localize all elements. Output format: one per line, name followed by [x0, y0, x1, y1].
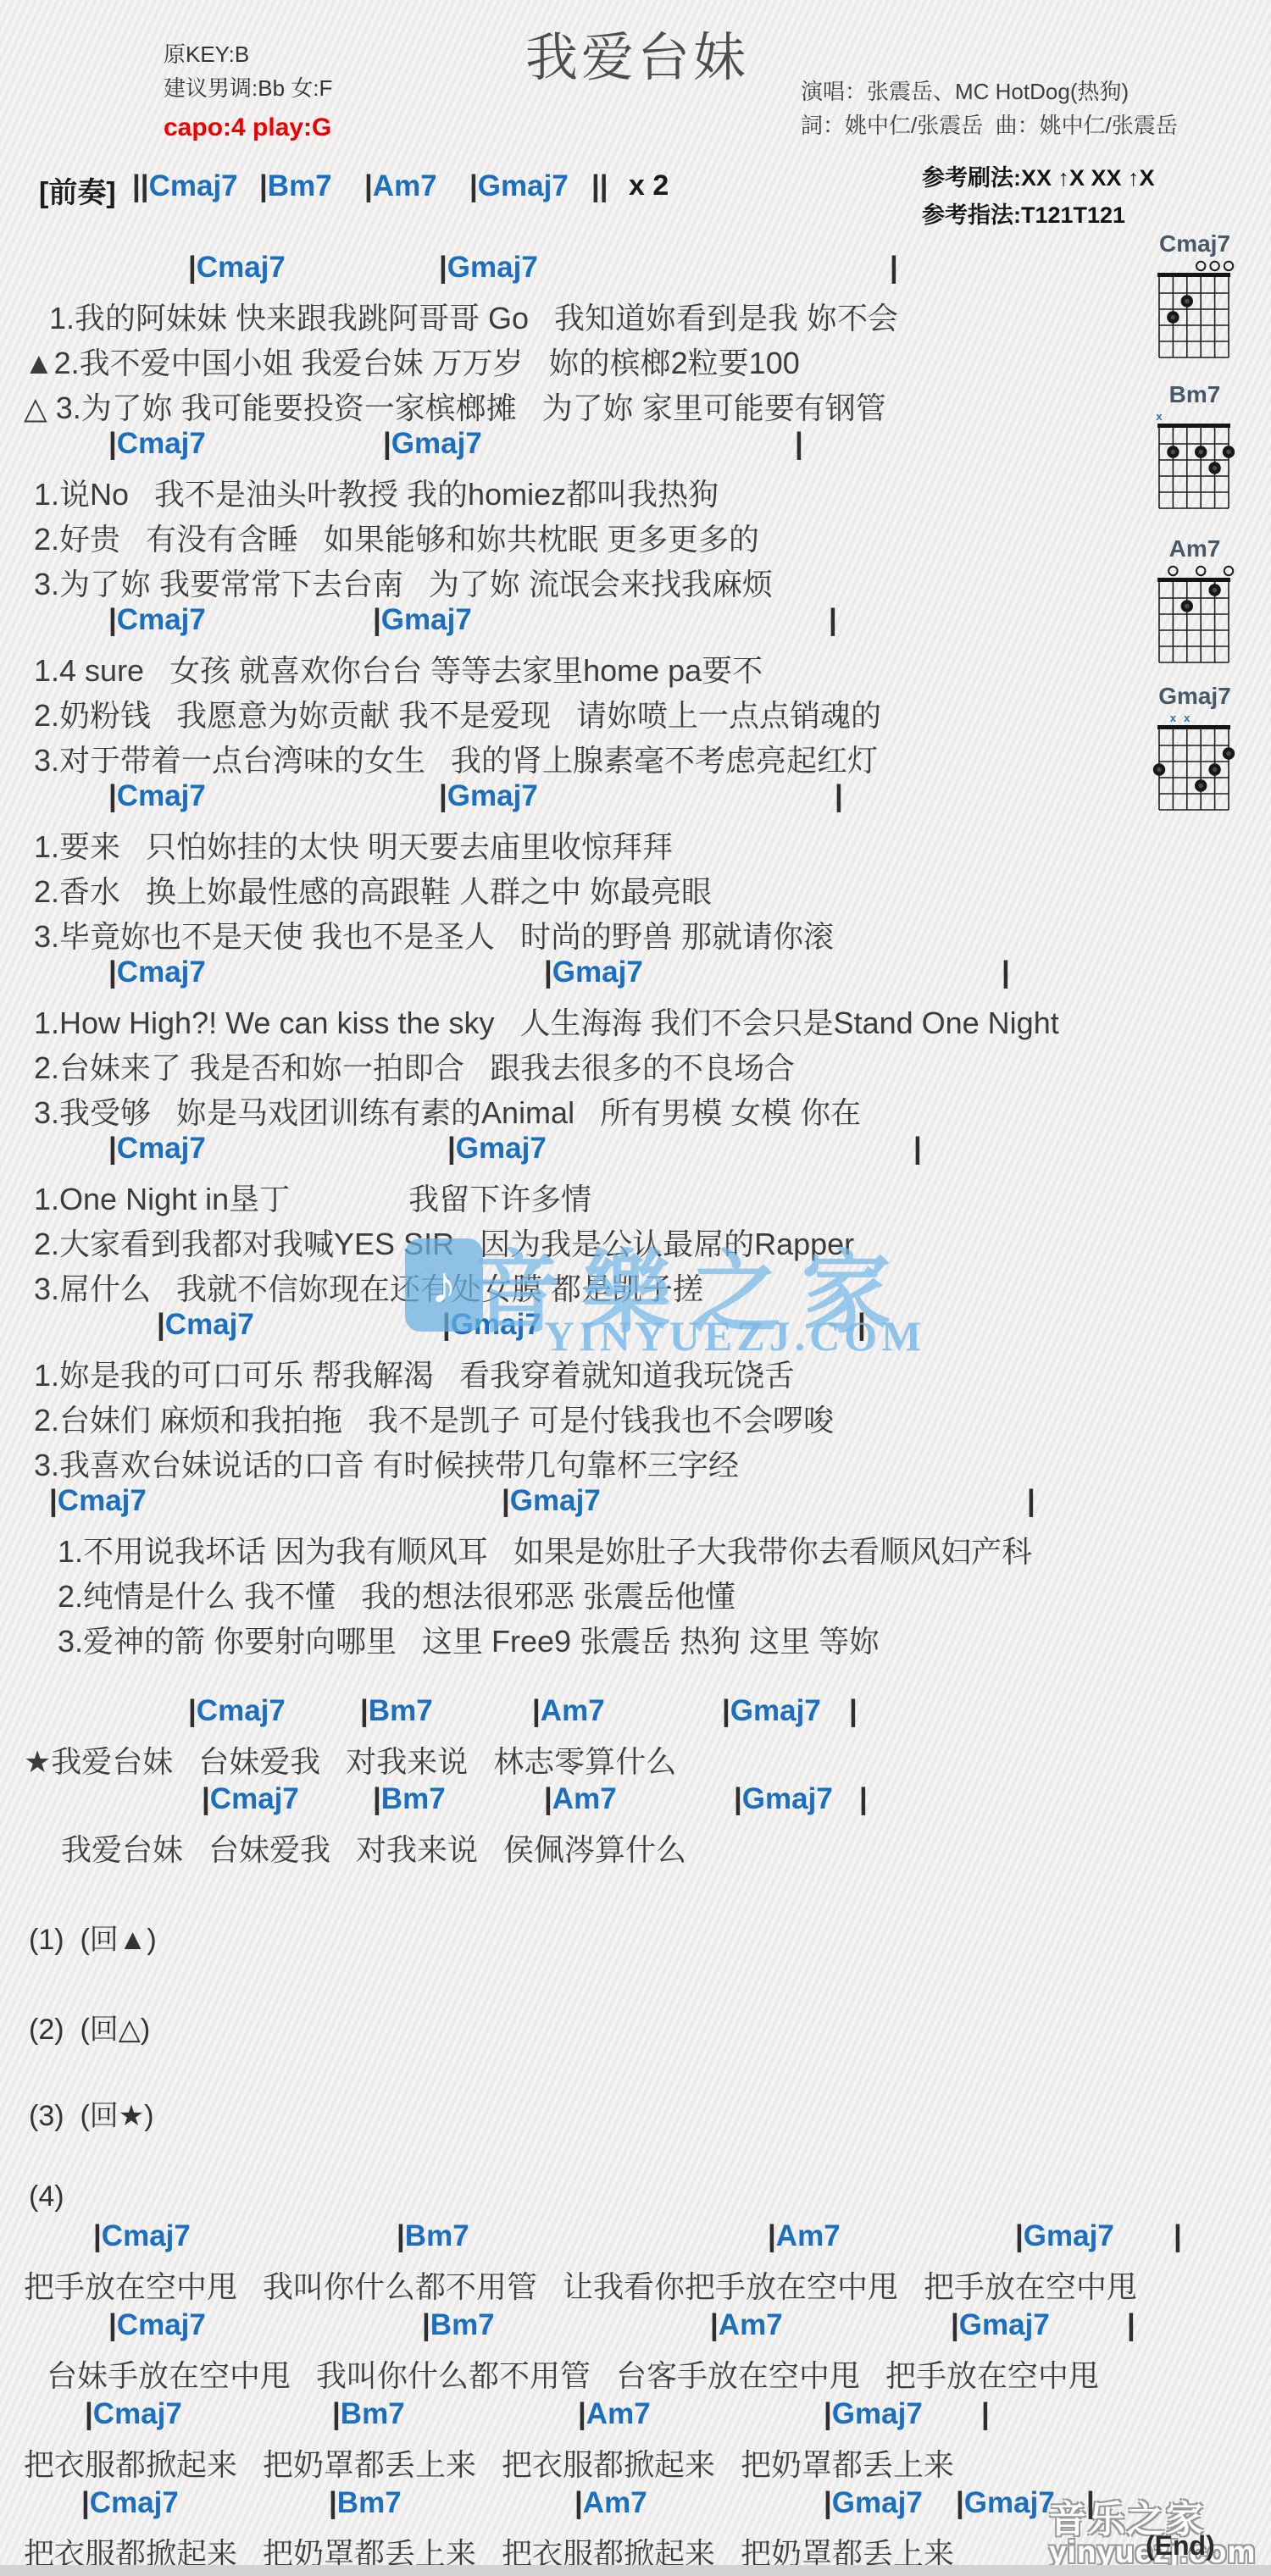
bar-glyph: |: [913, 1132, 922, 1165]
chord-item: |Cmaj7: [108, 2308, 206, 2342]
lyric-line: 2.台妹们 麻烦和我拍拖 我不是凯子 可是付钱我也不会啰唆: [0, 1397, 1271, 1436]
bar-glyph: |: [956, 2486, 964, 2519]
chord-item: |Gmaj7: [956, 2486, 1055, 2520]
chord-item: |Gmaj7: [442, 1308, 541, 1342]
chord-item: |Gmaj7: [447, 1132, 547, 1166]
chord-label: Cmaj7: [149, 169, 238, 202]
lyric-text: △ 3.为了妳 我可能要投资一家槟榔摊 为了妳 家里可能要有钢管: [24, 385, 886, 428]
chord-label: Am7: [586, 2397, 651, 2430]
chord-line: [前奏] ||Cmaj7|Bm7|Am7|Gmaj7||x 2: [0, 169, 1271, 208]
page-bottom-strip: [0, 2565, 1271, 2576]
lyric-line: 1.要来 只怕妳挂的太快 明天要去庙里收惊拜拜: [0, 823, 1271, 862]
chord-item: |Cmaj7: [157, 1308, 254, 1342]
lyric-line: (3) (回★): [0, 2092, 1271, 2131]
lyric-line: 1.不用说我坏话 因为我有顺风耳 如果是妳肚子大我带你去看顺风妇产科: [0, 1528, 1271, 1567]
chord-item: |Am7: [574, 2486, 647, 2520]
lyric-text: 2.大家看到我都对我喊YES SIR 因为我是公认最屌的Rapper: [34, 1221, 854, 1264]
chord-item: |Am7: [768, 2219, 841, 2253]
chord-item: |Am7: [544, 1782, 617, 1816]
lyric-line: 2.台妹来了 我是否和妳一拍即合 跟我去很多的不良场合: [0, 1044, 1271, 1083]
chord-diagram-cmaj7: Cmaj7: [1151, 230, 1244, 368]
chord-item: ||Cmaj7: [132, 169, 238, 203]
bar-glyph: |: [108, 779, 117, 812]
lyric-line: ★我爱台妹 台妹爱我 对我来说 林志零算什么: [0, 1738, 1271, 1777]
chord-label: Gmaj7: [959, 2308, 1050, 2341]
chord-label: Gmaj7: [447, 251, 538, 284]
fretboard-grid-icon: [1151, 259, 1239, 364]
bar-glyph: |: [824, 2486, 832, 2519]
bar-glyph: |: [734, 1782, 742, 1815]
bar-glyph: |: [710, 2308, 719, 2341]
bar-glyph: |: [447, 1132, 456, 1165]
chord-item: |: [835, 779, 843, 813]
chord-label: Gmaj7: [832, 2397, 923, 2430]
bar-glyph: |: [188, 1694, 197, 1727]
song-title: 我爱台妹: [525, 15, 749, 91]
bar-glyph: |: [981, 2397, 990, 2430]
lyric-line: (2) (回△): [0, 2006, 1271, 2045]
chord-label: Cmaj7: [117, 427, 206, 460]
chord-label: Cmaj7: [90, 2486, 179, 2519]
chord-line: |Cmaj7|Gmaj7|: [0, 1484, 1271, 1523]
section-marker: (1) (回▲): [29, 1916, 157, 1958]
chord-item: |: [981, 2397, 990, 2431]
bar-glyph: |: [373, 1782, 381, 1815]
lyric-text: 3.为了妳 我要常常下去台南 为了妳 流氓会来找我麻烦: [34, 561, 773, 604]
chord-label: Cmaj7: [93, 2397, 182, 2430]
bar-glyph: |: [829, 603, 837, 636]
lyric-line: 1.说No 我不是油头叶教授 我的homiez都叫我热狗: [0, 471, 1271, 510]
chord-item: |Cmaj7: [108, 779, 206, 813]
lyric-line: 把衣服都掀起来 把奶罩都丢上来 把衣服都掀起来 把奶罩都丢上来(End): [0, 2530, 1271, 2569]
chord-item: |: [849, 1694, 858, 1728]
bar-glyph: ||: [591, 169, 608, 202]
bar-glyph: |: [108, 956, 117, 989]
chord-label: Am7: [776, 2219, 841, 2252]
chord-label: Bm7: [369, 1694, 433, 1727]
chord-label: Bm7: [430, 2308, 495, 2341]
chord-label: Gmaj7: [730, 1694, 821, 1727]
chord-line: |Cmaj7|Bm7|Am7|Gmaj7|: [0, 1694, 1271, 1733]
bar-glyph: |: [360, 1694, 369, 1727]
chord-line: |Cmaj7|Bm7|Am7|Gmaj7|Gmaj7|: [0, 2486, 1271, 2525]
lyric-text: 2.奶粉钱 我愿意为妳贡献 我不是爱现 请妳喷上一点点销魂的: [34, 692, 881, 735]
lyric-text: 1.不用说我坏话 因为我有顺风耳 如果是妳肚子大我带你去看顺风妇产科: [58, 1528, 1032, 1571]
chord-item: |Gmaj7: [824, 2486, 923, 2520]
chord-line: |Cmaj7|Gmaj7|: [0, 427, 1271, 466]
bar-glyph: |: [858, 1308, 866, 1341]
chord-label: Gmaj7: [391, 427, 482, 460]
fretboard-grid-icon: x: [1151, 410, 1239, 515]
bar-glyph: |: [469, 169, 478, 202]
chord-label: Gmaj7: [552, 956, 643, 989]
chord-line: |Cmaj7|Gmaj7|: [0, 603, 1271, 642]
chord-label: Cmaj7: [117, 603, 206, 636]
chord-label: Cmaj7: [117, 956, 206, 989]
chord-label: Gmaj7: [447, 779, 538, 812]
bar-glyph: |: [329, 2486, 337, 2519]
lyric-line: 2.大家看到我都对我喊YES SIR 因为我是公认最屌的Rapper: [0, 1221, 1271, 1260]
bar-glyph: |: [108, 2308, 117, 2341]
chord-line: |Cmaj7|Gmaj7|: [0, 779, 1271, 818]
chord-item: |Gmaj7: [439, 779, 538, 813]
lyric-line: 台妹手放在空中甩 我叫你什么都不用管 台客手放在空中甩 把手放在空中甩: [0, 2352, 1271, 2391]
chord-label: Am7: [373, 169, 437, 202]
chord-diagram-title: Am7: [1151, 535, 1239, 562]
chord-label: Gmaj7: [832, 2486, 923, 2519]
chord-label: Cmaj7: [197, 251, 286, 284]
bar-glyph: |: [835, 779, 843, 812]
lyric-line: △ 3.为了妳 我可能要投资一家槟榔摊 为了妳 家里可能要有钢管: [0, 385, 1271, 424]
lyric-text: 台妹手放在空中甩 我叫你什么都不用管 台客手放在空中甩 把手放在空中甩: [47, 2352, 1099, 2396]
chord-label: Bm7: [337, 2486, 402, 2519]
chord-label: Gmaj7: [478, 169, 569, 202]
chord-item: |Cmaj7: [188, 251, 286, 285]
chord-item: |Cmaj7: [202, 1782, 299, 1816]
lyric-text: 1.妳是我的可口可乐 帮我解渴 看我穿着就知道我玩饶舌: [34, 1352, 795, 1395]
chord-label: Gmaj7: [451, 1308, 541, 1341]
chord-item: |Bm7: [360, 1694, 433, 1728]
chord-line: |Cmaj7|Bm7|Am7|Gmaj7|: [0, 2219, 1271, 2258]
lyric-line: 3.毕竟妳也不是天使 我也不是圣人 时尚的野兽 那就请你滚: [0, 913, 1271, 952]
bar-glyph: |: [1002, 956, 1010, 989]
lyric-line: 3.我喜欢台妹说话的口音 有时候挟带几句靠杯三字经: [0, 1442, 1271, 1481]
chord-item: |: [795, 427, 803, 461]
chord-label: Cmaj7: [197, 1694, 286, 1727]
lyric-text: 我爱台妹 台妹爱我 对我来说 侯佩涔算什么: [61, 1826, 686, 1870]
chord-item: |Gmaj7: [383, 427, 482, 461]
chord-label: Am7: [583, 2486, 647, 2519]
bar-glyph: |: [768, 2219, 776, 2252]
bar-glyph: |: [439, 251, 447, 284]
capo-label: capo:4 play:G: [164, 114, 331, 142]
chord-item: |Am7: [364, 169, 437, 203]
lyric-line: 3.对于带着一点台湾味的女生 我的肾上腺素毫不考虑亮起红灯: [0, 737, 1271, 776]
chord-label: Gmaj7: [1024, 2219, 1114, 2252]
lyric-text: 3.爱神的箭 你要射向哪里 这里 Free9 张震岳 热狗 这里 等妳: [58, 1618, 880, 1661]
chord-item: |: [859, 1782, 868, 1816]
chord-diagram-title: Gmaj7: [1151, 683, 1239, 710]
lyric-text: 2.纯情是什么 我不懂 我的想法很邪恶 张震岳他懂: [58, 1573, 735, 1616]
chord-line: |Cmaj7|Bm7|Am7|Gmaj7|: [0, 1782, 1271, 1821]
lyric-text: 3.屌什么 我就不信妳现在还有处女膜 都是凯子搓: [34, 1266, 703, 1309]
chord-item: |Gmaj7: [469, 169, 569, 203]
chord-item: |Gmaj7: [1015, 2219, 1114, 2253]
lyric-text: 1.我的阿妹妹 快来跟我跳阿哥哥 Go 我知道妳看到是我 妳不会: [49, 295, 898, 338]
chord-item: |Gmaj7: [734, 1782, 833, 1816]
chord-item: |Bm7: [332, 2397, 405, 2431]
chord-item: |: [858, 1308, 866, 1342]
bar-glyph: |: [188, 251, 197, 284]
chord-item: |Gmaj7: [824, 2397, 923, 2431]
chord-diagram-title: Bm7: [1151, 381, 1239, 408]
chord-line: |Cmaj7|Gmaj7|: [0, 251, 1271, 290]
chord-item: |Gmaj7: [951, 2308, 1050, 2342]
lyric-line: 1.One Night in垦丁 我留下许多情: [0, 1176, 1271, 1215]
lyric-text: x 2: [629, 169, 669, 202]
bar-glyph: |: [439, 779, 447, 812]
fretboard-grid-icon: [1151, 564, 1239, 669]
chord-label: Bm7: [381, 1782, 446, 1815]
chord-item: |Gmaj7: [439, 251, 538, 285]
chord-line: |Cmaj7|Bm7|Am7|Gmaj7|: [0, 2308, 1271, 2347]
bar-glyph: |: [951, 2308, 959, 2341]
lyric-text: 2.好贵 有没有含睡 如果能够和妳共枕眠 更多更多的: [34, 516, 759, 559]
lyric-line: 1.How High?! We can kiss the sky 人生海海 我们…: [0, 1000, 1271, 1039]
chord-diagram-gmaj7: Gmaj7xx: [1151, 683, 1244, 821]
lyric-line: 1.妳是我的可口可乐 帮我解渴 看我穿着就知道我玩饶舌: [0, 1352, 1271, 1391]
bar-glyph: |: [574, 2486, 583, 2519]
chord-item: |: [1002, 956, 1010, 989]
bar-glyph: |: [859, 1782, 868, 1815]
bar-glyph: |: [383, 427, 391, 460]
bar-glyph: |: [157, 1308, 165, 1341]
lyric-line: 3.我受够 妳是马戏团训练有素的Animal 所有男模 女模 你在: [0, 1089, 1271, 1128]
chord-item: |Cmaj7: [93, 2219, 191, 2253]
chord-item: |Cmaj7: [108, 427, 206, 461]
lyric-text: 2.香水 换上妳最性感的高跟鞋 人群之中 妳最亮眼: [34, 868, 712, 911]
lyric-line: 2.奶粉钱 我愿意为妳贡献 我不是爱现 请妳喷上一点点销魂的: [0, 692, 1271, 731]
chord-item: |Cmaj7: [188, 1694, 286, 1728]
bar-glyph: |: [108, 603, 117, 636]
chord-label: Cmaj7: [117, 1132, 206, 1165]
lyric-line: (1) (回▲): [0, 1916, 1271, 1955]
lyric-line: 2.纯情是什么 我不懂 我的想法很邪恶 张震岳他懂: [0, 1573, 1271, 1612]
chord-label: Gmaj7: [964, 2486, 1055, 2519]
chord-item: |Am7: [532, 1694, 605, 1728]
chord-item: |: [913, 1132, 922, 1166]
chord-item: |: [1086, 2486, 1095, 2520]
bar-glyph: |: [795, 427, 803, 460]
chord-label: Cmaj7: [117, 779, 206, 812]
bar-glyph: |: [1027, 1484, 1035, 1517]
chord-label: Cmaj7: [58, 1484, 147, 1517]
chord-item: ||: [591, 169, 608, 203]
section-marker: (4): [29, 2180, 64, 2213]
lyric-line: 3.屌什么 我就不信妳现在还有处女膜 都是凯子搓: [0, 1266, 1271, 1305]
chord-item: |Cmaj7: [108, 956, 206, 989]
bar-glyph: |: [93, 2219, 102, 2252]
bar-glyph: |: [85, 2397, 93, 2430]
lyric-text: 2.台妹们 麻烦和我拍拖 我不是凯子 可是付钱我也不会啰唆: [34, 1397, 834, 1440]
lyric-line: 3.爱神的箭 你要射向哪里 这里 Free9 张震岳 热狗 这里 等妳: [0, 1618, 1271, 1657]
lyric-line: 我爱台妹 台妹爱我 对我来说 侯佩涔算什么: [0, 1826, 1271, 1865]
chord-item: |Am7: [578, 2397, 651, 2431]
chord-item: |Bm7: [397, 2219, 469, 2253]
lyric-text: 1.说No 我不是油头叶教授 我的homiez都叫我热狗: [34, 471, 719, 514]
lyric-text: 把手放在空中甩 我叫你什么都不用管 让我看你把手放在空中甩 把手放在空中甩: [24, 2263, 1137, 2307]
lyric-text: 3.毕竟妳也不是天使 我也不是圣人 时尚的野兽 那就请你滚: [34, 913, 834, 956]
lyric-line: 1.4 sure 女孩 就喜欢你台台 等等去家里home pa要不: [0, 647, 1271, 686]
chord-label: Gmaj7: [381, 603, 472, 636]
lyric-line: 把衣服都掀起来 把奶罩都丢上来 把衣服都掀起来 把奶罩都丢上来: [0, 2441, 1271, 2480]
lyric-line: ▲2.我不爱中国小姐 我爱台妹 万万岁 妳的槟榔2粒要100: [0, 340, 1271, 379]
chord-item: |: [829, 603, 837, 637]
chord-item: |Gmaj7: [544, 956, 643, 989]
lyric-text: [前奏]: [39, 169, 124, 211]
bar-glyph: |: [81, 2486, 90, 2519]
suggested-key-label: 建议男调:Bb 女:F: [164, 71, 332, 102]
bar-glyph: |: [544, 956, 552, 989]
bar-glyph: ||: [132, 169, 149, 202]
bar-glyph: |: [824, 2397, 832, 2430]
end-label: (End): [1146, 2530, 1215, 2562]
chord-diagram-title: Cmaj7: [1151, 230, 1239, 258]
chord-item: |: [1174, 2219, 1182, 2253]
chord-label: Bm7: [405, 2219, 469, 2252]
bar-glyph: |: [49, 1484, 58, 1517]
bar-glyph: |: [890, 251, 898, 284]
lyric-text: 1.4 sure 女孩 就喜欢你台台 等等去家里home pa要不: [34, 647, 763, 690]
svg-text:x: x: [1170, 712, 1177, 724]
lyric-text: 2.台妹来了 我是否和妳一拍即合 跟我去很多的不良场合: [34, 1044, 795, 1088]
chord-item: |Cmaj7: [49, 1484, 147, 1518]
bar-glyph: |: [108, 427, 117, 460]
chord-item: |Bm7: [329, 2486, 402, 2520]
chord-label: Cmaj7: [102, 2219, 191, 2252]
lyric-line: 3.为了妳 我要常常下去台南 为了妳 流氓会来找我麻烦: [0, 561, 1271, 600]
chord-label: Gmaj7: [456, 1132, 547, 1165]
lyric-text: 3.对于带着一点台湾味的女生 我的肾上腺素毫不考虑亮起红灯: [34, 737, 878, 780]
chord-item: |Gmaj7: [722, 1694, 821, 1728]
bar-glyph: |: [578, 2397, 586, 2430]
chord-item: |: [1027, 1484, 1035, 1518]
chord-label: Gmaj7: [742, 1782, 833, 1815]
bar-glyph: |: [364, 169, 373, 202]
svg-text:x: x: [1184, 712, 1191, 724]
bar-glyph: |: [532, 1694, 541, 1727]
chord-item: |Cmaj7: [85, 2397, 182, 2431]
section-marker: (3) (回★): [29, 2092, 154, 2134]
lyric-text: 把衣服都掀起来 把奶罩都丢上来 把衣服都掀起来 把奶罩都丢上来: [24, 2441, 954, 2485]
chord-item: |: [1127, 2308, 1135, 2342]
section-marker: (2) (回△): [29, 2006, 150, 2047]
chord-line: |Cmaj7|Gmaj7|: [0, 956, 1271, 994]
chord-item: |Gmaj7: [502, 1484, 601, 1518]
chord-label: Cmaj7: [210, 1782, 299, 1815]
bar-glyph: |: [332, 2397, 341, 2430]
chord-item: |Am7: [710, 2308, 783, 2342]
chord-item: |Bm7: [259, 169, 332, 203]
lyric-line: 把手放在空中甩 我叫你什么都不用管 让我看你把手放在空中甩 把手放在空中甩: [0, 2263, 1271, 2302]
bar-glyph: |: [108, 1132, 117, 1165]
chord-label: Am7: [719, 2308, 783, 2341]
lyric-line: 2.香水 换上妳最性感的高跟鞋 人群之中 妳最亮眼: [0, 868, 1271, 907]
bar-glyph: |: [442, 1308, 451, 1341]
lyric-text: 3.我受够 妳是马戏团训练有素的Animal 所有男模 女模 你在: [34, 1089, 861, 1133]
fretboard-grid-icon: xx: [1151, 712, 1239, 817]
bar-glyph: |: [202, 1782, 210, 1815]
lyric-line: (4): [0, 2180, 1271, 2219]
chord-label: Am7: [541, 1694, 605, 1727]
singer-credit: 演唱：张震岳、MC HotDog(热狗): [801, 75, 1129, 106]
lyric-text: ★我爱台妹 台妹爱我 对我来说 林志零算什么: [24, 1738, 676, 1781]
guitar-chord-sheet-page: 原KEY:B 建议男调:Bb 女:F capo:4 play:G 我爱台妹 演唱…: [0, 0, 1271, 2576]
bar-glyph: |: [397, 2219, 405, 2252]
bar-glyph: |: [373, 603, 381, 636]
chord-item: |Gmaj7: [373, 603, 472, 637]
bar-glyph: |: [422, 2308, 430, 2341]
bar-glyph: |: [1086, 2486, 1095, 2519]
bar-glyph: |: [544, 1782, 552, 1815]
bar-glyph: |: [1127, 2308, 1135, 2341]
bar-glyph: |: [259, 169, 268, 202]
chord-item: |Bm7: [422, 2308, 495, 2342]
lyric-text: 1.One Night in垦丁 我留下许多情: [34, 1176, 591, 1219]
lyric-text: 1.How High?! We can kiss the sky 人生海海 我们…: [34, 1000, 1059, 1043]
lyric-text: 1.要来 只怕妳挂的太快 明天要去庙里收惊拜拜: [34, 823, 673, 867]
bar-glyph: |: [849, 1694, 858, 1727]
svg-text:x: x: [1156, 410, 1163, 423]
chord-line: |Cmaj7|Bm7|Am7|Gmaj7|: [0, 2397, 1271, 2436]
chord-label: Am7: [552, 1782, 617, 1815]
chord-item: |: [890, 251, 898, 285]
chord-item: |Cmaj7: [108, 1132, 206, 1166]
chord-label: Cmaj7: [117, 2308, 206, 2341]
lyric-text: ▲2.我不爱中国小姐 我爱台妹 万万岁 妳的槟榔2粒要100: [24, 340, 800, 383]
chord-label: Cmaj7: [165, 1308, 254, 1341]
lyric-line: 1.我的阿妹妹 快来跟我跳阿哥哥 Go 我知道妳看到是我 妳不会: [0, 295, 1271, 334]
chord-diagram-bm7: Bm7x: [1151, 381, 1244, 519]
lyric-line: 2.好贵 有没有含睡 如果能够和妳共枕眠 更多更多的: [0, 516, 1271, 555]
bar-glyph: |: [1174, 2219, 1182, 2252]
writers-credit: 詞：姚中仁/张震岳 曲：姚中仁/张震岳: [801, 108, 1178, 140]
chord-item: |Bm7: [373, 1782, 446, 1816]
chord-label: Bm7: [268, 169, 332, 202]
bar-glyph: |: [722, 1694, 730, 1727]
bar-glyph: |: [1015, 2219, 1024, 2252]
chord-diagram-am7: Am7: [1151, 535, 1244, 673]
chord-item: |Cmaj7: [108, 603, 206, 637]
chord-line: |Cmaj7|Gmaj7|: [0, 1308, 1271, 1347]
bar-glyph: |: [502, 1484, 510, 1517]
chord-label: Bm7: [341, 2397, 405, 2430]
original-key-label: 原KEY:B: [164, 37, 249, 69]
chord-line: |Cmaj7|Gmaj7|: [0, 1132, 1271, 1171]
chord-label: Gmaj7: [510, 1484, 601, 1517]
chord-item: |Cmaj7: [81, 2486, 179, 2520]
lyric-text: 3.我喜欢台妹说话的口音 有时候挟带几句靠杯三字经: [34, 1442, 739, 1485]
